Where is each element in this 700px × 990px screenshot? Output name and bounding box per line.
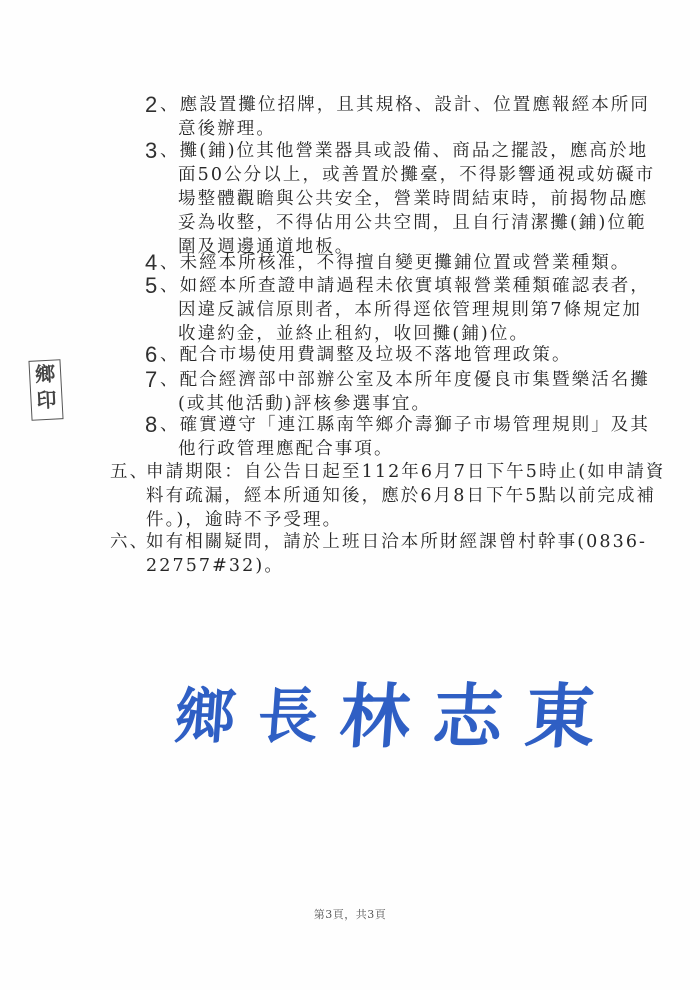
section-line: 22757#32)。 [146,554,284,578]
item-line: 、攤(鋪)位其他營業器具或設備、商品之擺設，應高於地 [160,139,648,163]
section-line: 料有疏漏，經本所通知後，應於6月8日下午5點以前完成補 [146,484,656,508]
signature-char: 林 [337,672,413,762]
signature-char: 志 [429,672,505,762]
item-line: 、應設置攤位招牌，且其規格、設計、位置應報經本所同 [160,93,650,117]
section-label: 五、 [110,460,149,484]
seal-char: 印 [31,386,62,414]
item-number: 7 [145,368,157,392]
seal-char: 鄉 [30,360,61,388]
item-number: 3 [145,139,157,163]
item-line: 面50公分以上，或善置於攤臺，不得影響通視或妨礙市 [178,163,655,187]
signature-char: 長 [254,672,320,762]
item-line: 、確實遵守「連江縣南竿鄉介壽獅子市場管理規則」及其 [160,413,650,437]
item-number: 8 [145,413,157,437]
item-line: 因違反誠信原則者，本所得逕依管理規則第7條規定加 [178,298,642,322]
signature-stamp: 鄉 長 林 志 東 [175,672,595,762]
section-line: 如有相關疑問，請於上班日洽本所財經課曾村幹事(0836- [146,530,647,554]
official-seal-stamp: 鄉 印 [28,359,63,421]
signature-char: 東 [522,672,598,762]
section-label: 六、 [110,530,149,554]
item-number: 2 [145,93,157,117]
document-page: 2 、應設置攤位招牌，且其規格、設計、位置應報經本所同 意後辦理。 3 、攤(鋪… [0,0,700,990]
item-number: 4 [145,251,157,275]
item-line: 、如經本所查證申請過程未依實填報營業種類確認表者， [160,274,650,298]
item-number: 6 [145,343,157,367]
section-line: 申請期限：自公告日起至112年6月7日下午5時止(如申請資 [146,460,666,484]
item-line: 妥為收整，不得佔用公共空間，且自行清潔攤(鋪)位範 [178,211,647,235]
item-number: 5 [145,274,157,298]
item-line: 場整體觀瞻與公共安全，營業時間結束時，前揭物品應 [178,187,648,211]
signature-char: 鄉 [172,672,238,762]
item-line: 、配合市場使用費調整及垃圾不落地管理政策。 [160,343,572,367]
page-number-footer: 第3頁，共3頁 [0,906,700,922]
item-line: 意後辦理。 [178,117,276,141]
item-line: 他行政管理應配合事項。 [178,437,394,461]
section-line: 件。)，逾時不予受理。 [146,508,342,532]
item-line: 、配合經濟部中部辦公室及本所年度優良市集暨樂活名攤 [160,368,650,392]
item-line: 、未經本所核准，不得擅自變更攤鋪位置或營業種類。 [160,251,630,275]
